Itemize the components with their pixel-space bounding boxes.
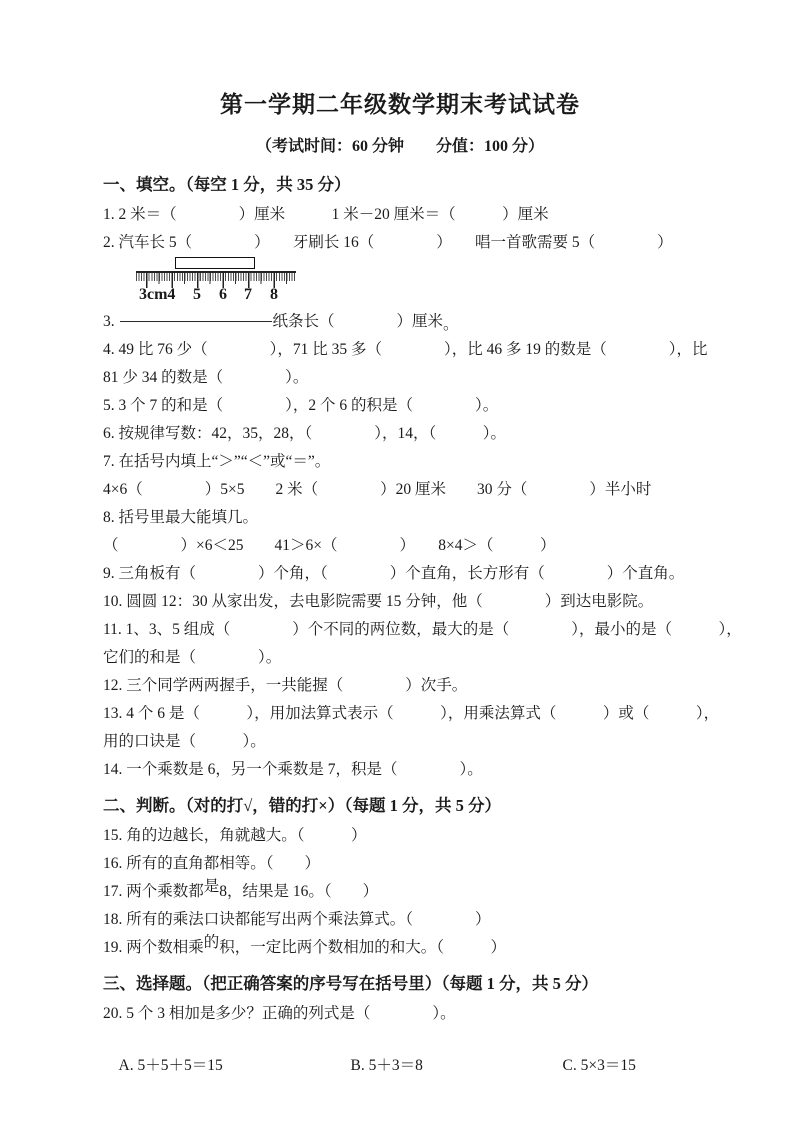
question-17-raised-char: 是 — [204, 878, 220, 895]
question-15: 15. 角的边越长，角就越大。（ ） — [103, 825, 697, 846]
answer-options: A. 5＋5＋5＝15B. 5＋3＝8C. 5×3＝15 — [103, 1034, 697, 1097]
question-6: 6. 按规律写数：42，35，28，（ ），14，（ ）。 — [103, 423, 697, 444]
question-19-text: 19. 两个数相乘 — [103, 939, 204, 956]
question-20: 20. 5 个 3 相加是多少？正确的列式是（ ）。 — [103, 1003, 697, 1024]
question-16: 16. 所有的直角都相等。（ ） — [103, 853, 697, 874]
question-11-line1: 11. 1、3、5 组成（ ）个不同的两位数，最大的是（ ），最小的是（ ）， — [103, 619, 697, 640]
question-12: 12. 三个同学两两握手，一共能握（ ）次手。 — [103, 675, 697, 696]
question-3-number: 3. — [103, 313, 119, 330]
question-17-text-end: 8，结果是 16。（ ） — [219, 883, 378, 900]
option-a: A. 5＋5＋5＝15 — [119, 1055, 351, 1076]
paper-strip-line — [120, 320, 272, 322]
ruler-label-7: 7 — [244, 286, 252, 304]
ruler-label-8: 8 — [270, 286, 278, 304]
section-judge-heading: 二、判断。（对的打√，错的打×）（每题 1 分，共 5 分） — [103, 793, 697, 818]
question-13-line1: 13. 4 个 6 是（ ），用加法算式表示（ ），用乘法算式（ ）或（ ）， — [103, 703, 697, 724]
question-3-text: 纸条长（ ）厘米 — [273, 313, 444, 330]
question-13-line2: 用的口诀是（ ）。 — [103, 731, 697, 752]
question-4-line1: 4. 49 比 76 少（ ），71 比 35 多（ ），比 46 多 19 的… — [103, 339, 697, 360]
question-17-text: 17. 两个乘数都 — [103, 883, 204, 900]
question-9: 9. 三角板有（ ）个角，（ ）个直角，长方形有（ ）个直角。 — [103, 563, 697, 584]
option-b: B. 5＋3＝8 — [351, 1055, 563, 1076]
paper-strip — [175, 257, 255, 269]
ruler-label-6: 6 — [219, 286, 227, 304]
question-4-line2: 81 少 34 的数是（ ）。 — [103, 367, 697, 388]
question-8-items: （ ）×6＜25 41＞6×（ ） 8×4＞（ ） — [103, 535, 697, 556]
exam-title: 第一学期二年级数学期末考试试卷 — [103, 88, 697, 122]
question-2: 2. 汽车长 5（ ） 牙刷长 16（ ） 唱一首歌需要 5（ ） — [103, 232, 697, 253]
question-19: 19. 两个数相乘的积，一定比两个数相加的和大。（ ） — [103, 937, 697, 958]
ruler-label-5: 5 — [193, 286, 201, 304]
exam-paper: 第一学期二年级数学期末考试试卷 （考试时间：60 分钟 分值：100 分） 一、… — [0, 0, 793, 1122]
question-11-line2: 它们的和是（ ）。 — [103, 647, 697, 668]
ruler-label-3cm4: 3cm4 — [139, 286, 175, 304]
question-7-items: 4×6（ ）5×5 2 米（ ）20 厘米 30 分（ ）半小时 — [103, 479, 697, 500]
question-1: 1. 2 米＝（ ）厘米 1 米－20 厘米＝（ ）厘米 — [103, 204, 697, 225]
question-18: 18. 所有的乘法口诀都能写出两个乘法算式。（ ） — [103, 909, 697, 930]
ruler-figure: 3cm4 5 6 7 8 — [136, 257, 311, 304]
option-c: C. 5×3＝15 — [563, 1055, 636, 1076]
question-19-text-end: 积，一定比两个数相加的和大。（ ） — [219, 939, 506, 956]
question-10: 10. 圆圆 12：30 从家出发，去电影院需要 15 分钟，他（ ）到达电影院… — [103, 591, 697, 612]
section-fill-in-heading: 一、填空。（每空 1 分，共 35 分） — [103, 172, 697, 197]
question-3: 3. 纸条长（ ）厘米。 — [103, 311, 697, 332]
exam-meta: （考试时间：60 分钟 分值：100 分） — [103, 135, 697, 159]
question-8: 8. 括号里最大能填几。 — [103, 507, 697, 528]
question-7: 7. 在括号内填上“＞”“＜”或“＝”。 — [103, 451, 697, 472]
question-3-period: 。 — [443, 316, 459, 333]
question-5: 5. 3 个 7 的和是（ ），2 个 6 的积是（ ）。 — [103, 395, 697, 416]
question-19-raised-char: 的 — [204, 934, 220, 951]
section-choice-heading: 三、选择题。（把正确答案的序号写在括号里）（每题 1 分，共 5 分） — [103, 971, 697, 996]
question-17: 17. 两个乘数都是8，结果是 16。（ ） — [103, 881, 697, 902]
question-14: 14. 一个乘数是 6，另一个乘数是 7，积是（ ）。 — [103, 759, 697, 780]
ruler-scale-labels: 3cm4 5 6 7 8 — [136, 286, 311, 304]
